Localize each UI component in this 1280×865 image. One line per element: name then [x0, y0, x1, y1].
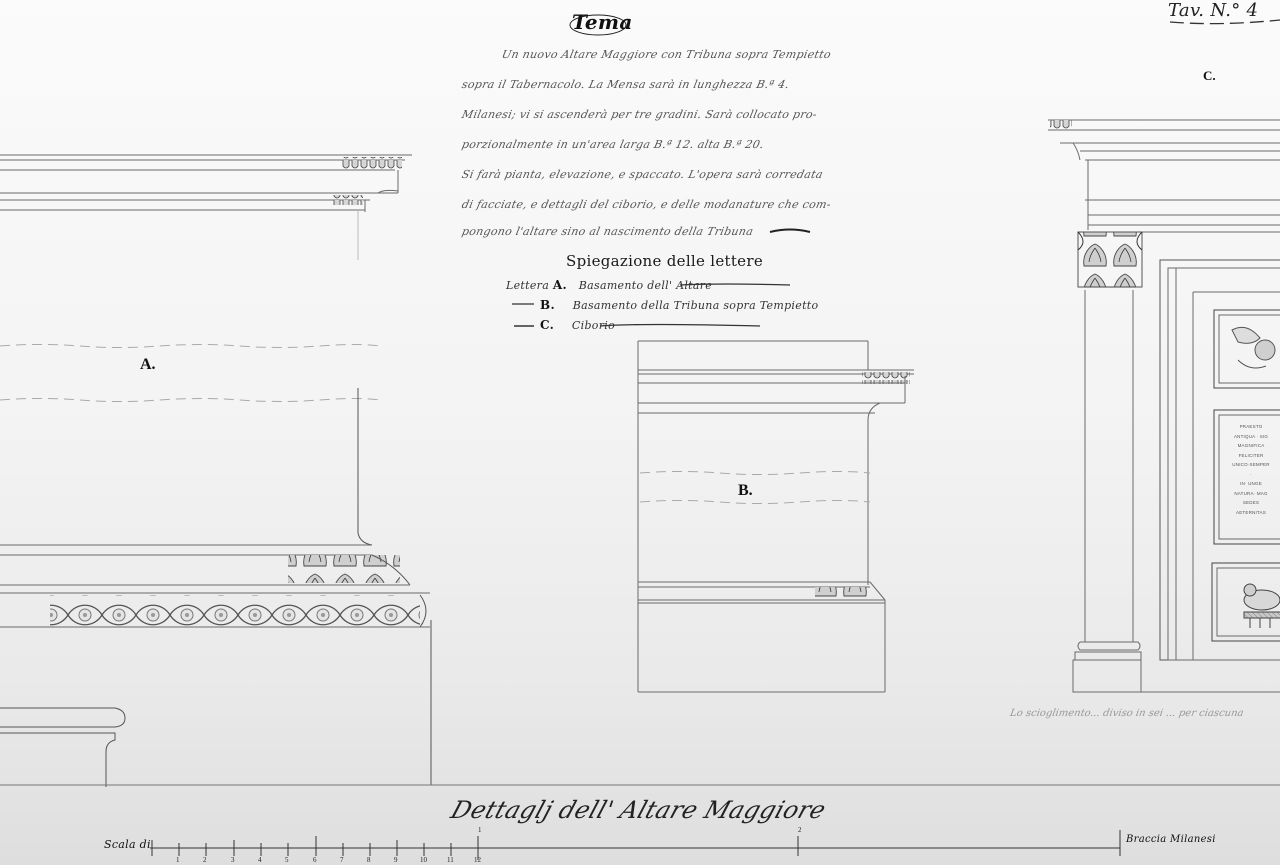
legend-item-b: B. Basamento della Tribuna sopra Tempiet…	[540, 298, 818, 312]
scale-tick: 9	[394, 856, 398, 864]
scale-right-label: 2	[798, 826, 802, 834]
scale-tick: 1	[176, 856, 180, 864]
tema-line: Milanesi; vi si ascenderà per tre gradin…	[461, 108, 819, 121]
inscription-panel: PRAESTO ANTIQUA · SIG MAGNIFICA FELICITE…	[1220, 422, 1280, 517]
detail-c-ciborium	[1048, 120, 1280, 692]
scale-tick: 4	[258, 856, 262, 864]
legend-text: Basamento dell' Altare	[579, 279, 712, 292]
scale-tick: 10	[420, 856, 427, 864]
scale-mid-label: 1	[478, 826, 482, 834]
scale-tick: 3	[231, 856, 235, 864]
architectural-drawing	[0, 0, 1280, 865]
lamb-relief	[1244, 584, 1280, 628]
sheet-title: Dettaglj dell' Altare Maggiore	[447, 796, 829, 824]
scale-unit: Braccia Milanesi	[1126, 834, 1216, 845]
tema-line: Un nuovo Altare Maggiore con Tribuna sop…	[501, 48, 833, 61]
legend-item-a: Lettera A. Basamento dell' Altare	[506, 278, 712, 292]
plate-number: Tav. N.° 4	[1168, 0, 1258, 21]
tema-line: di facciate, e dettagli del ciborio, e d…	[461, 198, 833, 211]
tema-line: sopra il Tabernacolo. La Mensa sarà in l…	[461, 78, 791, 91]
detail-label-a: A.	[140, 356, 156, 374]
legend-prefix: Lettera	[506, 279, 549, 292]
legend-text: Basamento della Tribuna sopra Tempietto	[573, 299, 819, 312]
legend-key: A.	[553, 278, 567, 292]
tema-line: pongono l'altare sino al nascimento dell…	[461, 225, 755, 238]
scale-tick: 5	[285, 856, 289, 864]
detail-label-c: C.	[1203, 68, 1216, 84]
inscription-line: SEDES	[1220, 498, 1280, 508]
corinthian-capital	[1078, 232, 1142, 287]
legend-text: Ciborio	[572, 319, 615, 332]
scale-label: Scala di	[104, 838, 151, 851]
scale-tick: 2	[203, 856, 207, 864]
detail-label-b: B.	[738, 482, 753, 500]
inscription-line: UNICO·SEMPER	[1220, 460, 1280, 470]
scale-tick: 12	[474, 856, 481, 864]
inscription-line: ·	[1220, 470, 1280, 480]
faded-note: Lo scioglimento... diviso in sei ... per…	[1008, 705, 1280, 723]
scale-tick: 8	[367, 856, 371, 864]
tema-line: Si farà pianta, elevazione, e spaccato. …	[461, 168, 825, 181]
cherub-relief	[1232, 327, 1275, 368]
inscription-line: IN· UNGE	[1220, 479, 1280, 489]
legend-key: B.	[540, 298, 555, 312]
inscription-line: PRAESTO	[1220, 422, 1280, 432]
inscription-line: FELICITER	[1220, 451, 1280, 461]
inscription-line: NATURA· MAG	[1220, 489, 1280, 499]
inscription-line: AETERNITAS	[1220, 508, 1280, 518]
tema-heading: Tema	[572, 10, 633, 34]
inscription-line: MAGNIFICA	[1220, 441, 1280, 451]
tema-line: porzionalmente in un'area larga B.ª 12. …	[461, 138, 766, 151]
inscription-line: ANTIQUA · SIG	[1220, 432, 1280, 442]
detail-a-altar-base	[0, 155, 431, 787]
detail-b-tribune-base	[638, 341, 914, 692]
legend-item-c: C. Ciborio	[540, 318, 615, 332]
scale-tick: 6	[313, 856, 317, 864]
legend-heading: Spiegazione delle lettere	[566, 252, 763, 270]
drawing-sheet: Tav. N.° 4 Tema Un nuovo Altare Maggiore…	[0, 0, 1280, 865]
scale-tick: 7	[340, 856, 344, 864]
legend-key: C.	[540, 318, 554, 332]
scale-bar	[150, 830, 1120, 860]
scale-tick: 11	[447, 856, 454, 864]
